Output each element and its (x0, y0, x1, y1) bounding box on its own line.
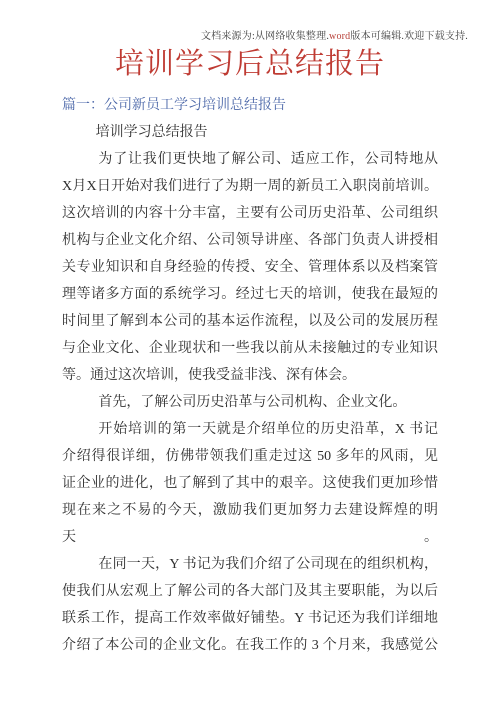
paragraph: 为了让我们更快地了解公司、适应工作，公司特地从X月X日开始对我们进行了为期一周的… (62, 146, 438, 389)
paragraph-line: 证企业的进化，也了解到了其中的艰辛。这使我们更加珍惜 (62, 470, 438, 497)
paragraph-line: 这次培训的内容十分丰富，主要有公司历史沿革、公司组织 (62, 200, 438, 227)
paragraph-container: 为了让我们更快地了解公司、适应工作，公司特地从X月X日开始对我们进行了为期一周的… (62, 146, 438, 659)
report-sub-heading: 培训学习总结报告 (62, 119, 438, 146)
source-note-prefix: 文档来源为:从网络收集整理. (201, 31, 329, 42)
page-title: 培训学习后总结报告 (0, 46, 500, 82)
paragraph-line: X月X日开始对我们进行了为期一周的新员工入职岗前培训。 (62, 173, 438, 200)
paragraph-line: 首先，了解公司历史沿革与公司机构、企业文化。 (62, 389, 438, 416)
paragraph-line: 介绍得很详细，仿佛带领我们重走过这 50 多年的风雨，见 (62, 443, 438, 470)
source-note-suffix: 版本可编辑.欢迎下载支持. (350, 31, 468, 42)
document-source-note: 文档来源为:从网络收集整理.word版本可编辑.欢迎下载支持. (201, 27, 468, 42)
paragraph: 开始培训的第一天就是介绍单位的历史沿革，X 书记介绍得很详细，仿佛带领我们重走过… (62, 416, 438, 551)
paragraph-line: 在同一天，Y 书记为我们介绍了公司现在的组织机构， (62, 551, 438, 578)
paragraph-line: 与企业文化、企业现状和一些我以前从未接触过的专业知识 (62, 335, 438, 362)
paragraph-line: 等。通过这次培训，使我受益非浅、深有体会。 (62, 362, 438, 389)
paragraph-line: 使我们从宏观上了解公司的各大部门及其主要职能，为以后 (62, 578, 438, 605)
paragraph-line: 现在来之不易的今天，激励我们更加努力去建设辉煌的明天。 (62, 497, 438, 551)
document-body: 篇一：公司新员工学习培训总结报告 培训学习总结报告 为了让我们更快地了解公司、适… (0, 92, 500, 659)
document-page: 文档来源为:从网络收集整理.word版本可编辑.欢迎下载支持. 培训学习后总结报… (0, 0, 500, 707)
paragraph: 在同一天，Y 书记为我们介绍了公司现在的组织机构，使我们从宏观上了解公司的各大部… (62, 551, 438, 659)
paragraph-line: 理等诸多方面的系统学习。经过七天的培训，使我在最短的 (62, 281, 438, 308)
paragraph-line: 关专业知识和自身经验的传授、安全、管理体系以及档案管 (62, 254, 438, 281)
paragraph-line: 机构与企业文化介绍、公司领导讲座、各部门负责人讲授相 (62, 227, 438, 254)
paragraph-line: 为了让我们更快地了解公司、适应工作，公司特地从 (62, 146, 438, 173)
paragraph-line: 联系工作，提高工作效率做好铺垫。Y 书记还为我们详细地 (62, 605, 438, 632)
paragraph-line: 介绍了本公司的企业文化。在我工作的 3 个月来，我感觉公 (62, 632, 438, 659)
paragraph-line: 开始培训的第一天就是介绍单位的历史沿革，X 书记 (62, 416, 438, 443)
paragraph: 首先，了解公司历史沿革与公司机构、企业文化。 (62, 389, 438, 416)
section-subtitle: 篇一：公司新员工学习培训总结报告 (62, 92, 438, 119)
paragraph-line: 时间里了解到本公司的基本运作流程，以及公司的发展历程 (62, 308, 438, 335)
source-note-word-highlight: word (329, 31, 350, 42)
